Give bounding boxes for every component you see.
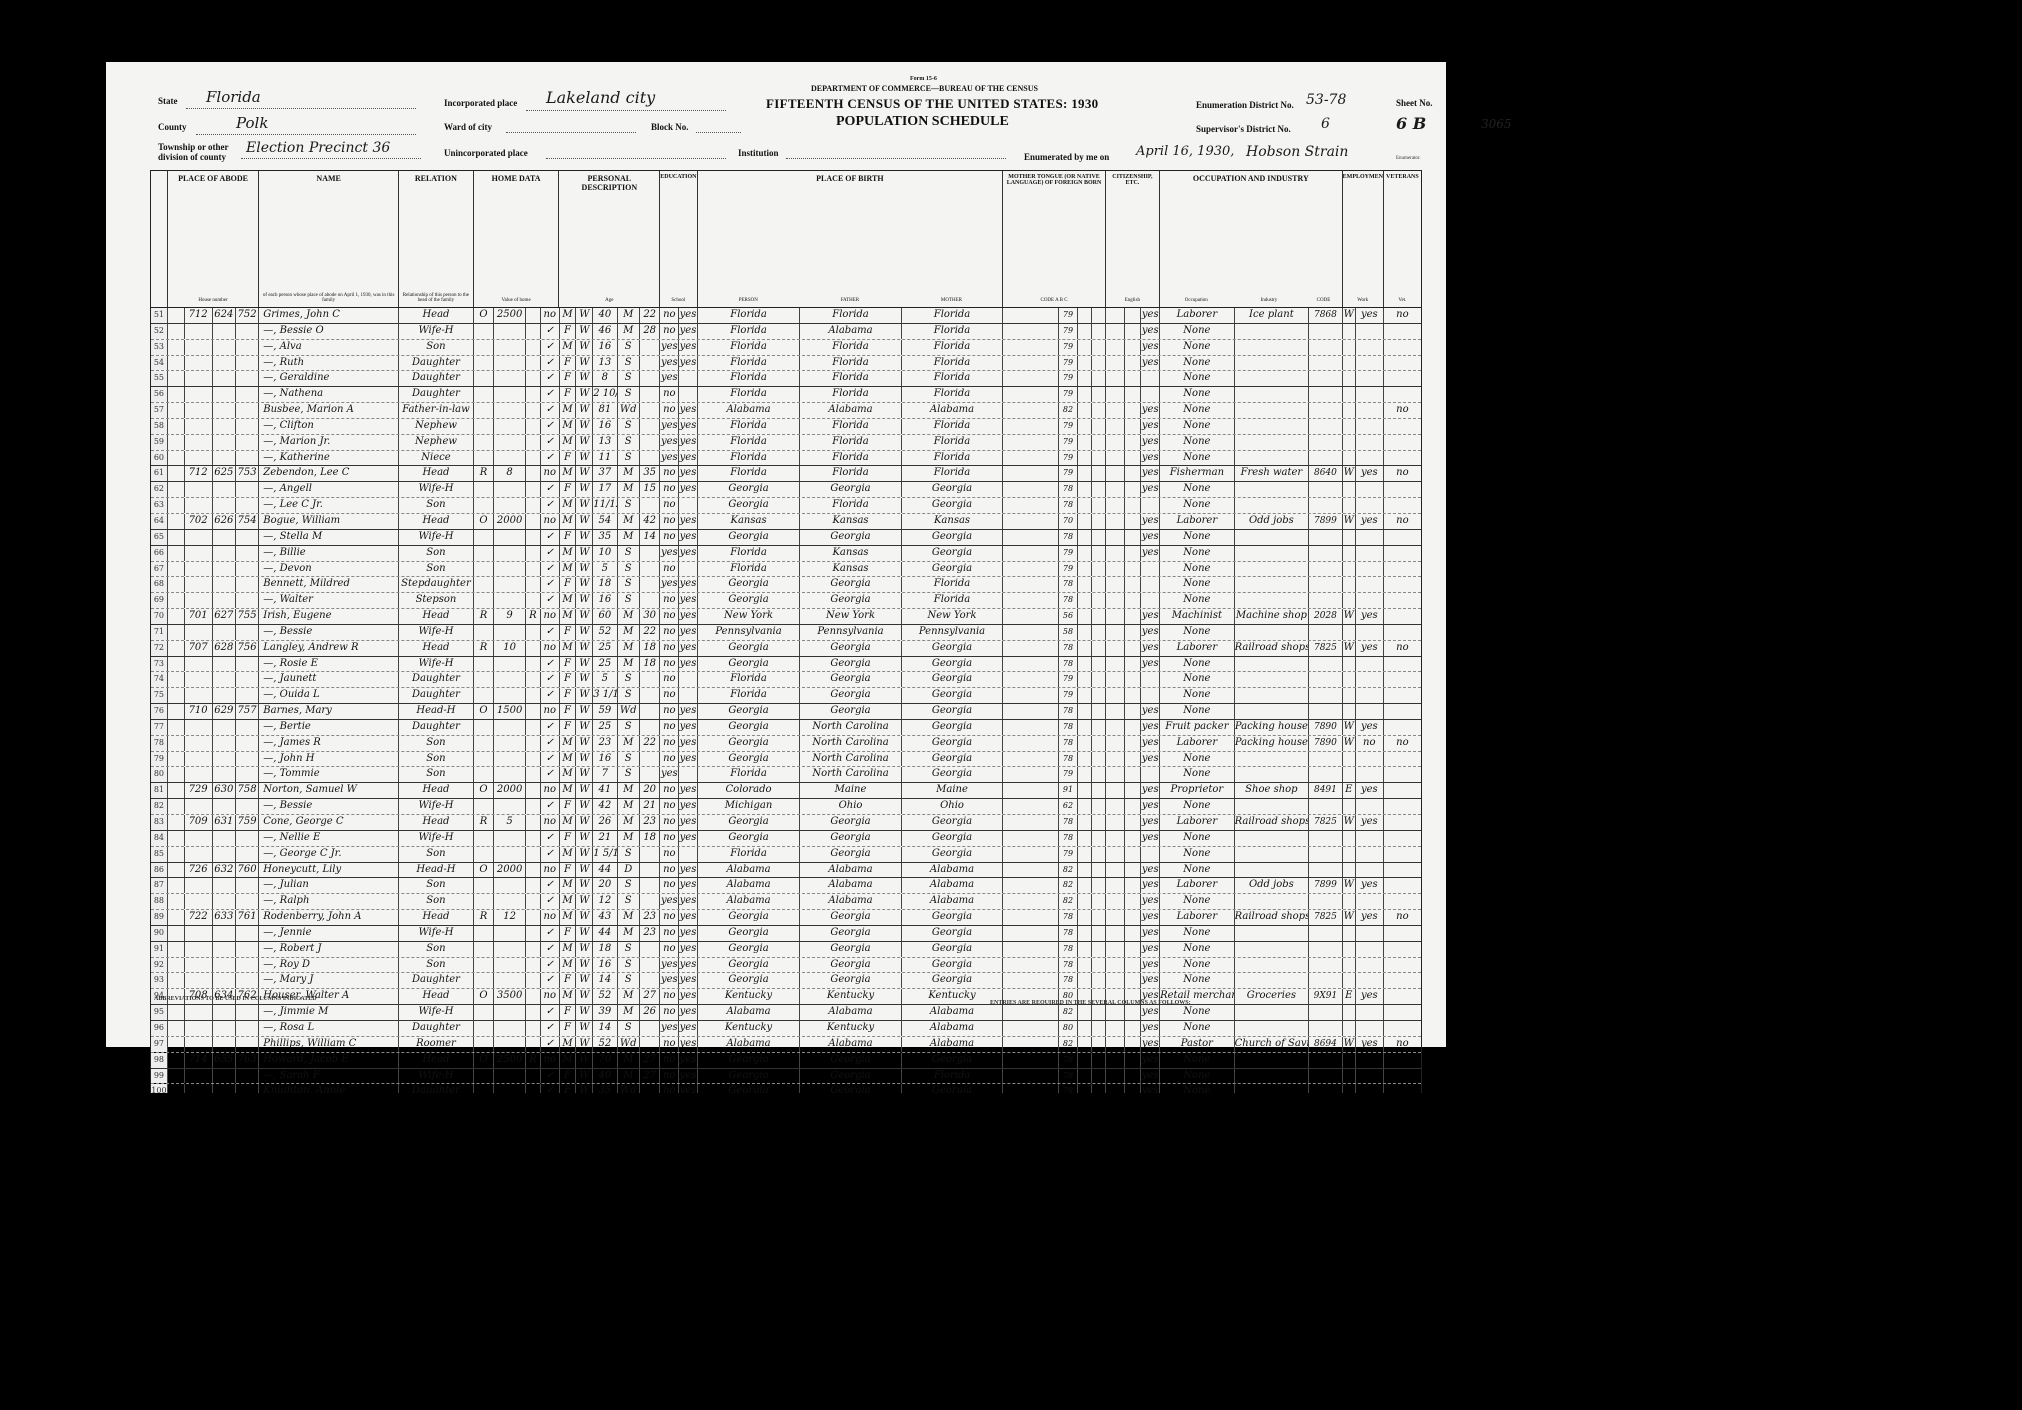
read-write: yes (679, 403, 698, 418)
relation: Stepson (399, 593, 474, 608)
home-value (494, 419, 526, 434)
code-c (1092, 387, 1106, 402)
family-number (236, 958, 259, 973)
house-number (185, 546, 213, 561)
street-cell (168, 530, 185, 545)
mother-birthplace: Georgia (902, 562, 1004, 577)
home-owned (474, 894, 495, 909)
table-row: 92 —, Roy D Son ✓ M W 16 S yes yes Georg… (151, 958, 1421, 974)
farm: ✓ (541, 498, 560, 513)
family-number (236, 657, 259, 672)
occupation-code (1309, 324, 1343, 339)
relation: Son (399, 894, 474, 909)
age: 11 (593, 451, 617, 466)
house-number (185, 340, 213, 355)
dwelling-number (213, 1084, 236, 1093)
mother-birthplace: Alabama (902, 878, 1004, 893)
line-number: 85 (151, 847, 168, 862)
state-label: State (158, 96, 178, 106)
mother-tongue (1003, 720, 1059, 735)
age: 52 (593, 625, 617, 640)
at-work (1356, 894, 1384, 909)
relation: Stepdaughter (399, 577, 474, 592)
sex: M (560, 942, 577, 957)
house-number (185, 688, 213, 703)
immigration-year (1106, 308, 1125, 323)
occupation-code (1309, 1084, 1343, 1093)
dwelling-number: 635 (213, 1053, 236, 1068)
family-number (236, 894, 259, 909)
person-name: —, Nathena (259, 387, 399, 402)
race: W (576, 783, 593, 798)
father-birthplace: Kansas (800, 562, 902, 577)
line-number: 99 (151, 1069, 168, 1084)
farm: ✓ (541, 482, 560, 497)
line-number: 82 (151, 799, 168, 814)
dwelling-number (213, 403, 236, 418)
age-first-marriage: 23 (640, 926, 661, 941)
age-first-marriage (640, 403, 661, 418)
immigration-year (1106, 736, 1125, 751)
marital: M (618, 1069, 640, 1084)
sex: F (560, 973, 577, 988)
occupation: None (1160, 926, 1235, 941)
house-number: 722 (185, 910, 213, 925)
at-work (1356, 1084, 1384, 1093)
at-work (1356, 672, 1384, 687)
person-name: —, Geraldine (259, 371, 399, 386)
worker-class (1343, 894, 1356, 909)
naturalization (1125, 704, 1142, 719)
veteran (1384, 435, 1421, 450)
age-first-marriage (640, 577, 661, 592)
marital: M (618, 815, 640, 830)
code-b (1078, 451, 1092, 466)
table-row: 74 —, Jaunett Daughter ✓ F W 5 S no Flor… (151, 672, 1421, 688)
age-first-marriage (640, 878, 661, 893)
father-birthplace: Georgia (800, 958, 902, 973)
industry (1235, 958, 1310, 973)
person-name: —, Roy D (259, 958, 399, 973)
age: 14 (593, 973, 617, 988)
occupation: None (1160, 371, 1235, 386)
street-cell (168, 1053, 185, 1068)
house-number (185, 562, 213, 577)
street-cell (168, 546, 185, 561)
birthplace: Michigan (698, 799, 800, 814)
family-number (236, 767, 259, 782)
radio (526, 1069, 541, 1084)
industry: Packing house (1235, 720, 1310, 735)
age-first-marriage: 23 (640, 815, 661, 830)
home-owned (474, 593, 495, 608)
code-a: 78 (1059, 498, 1078, 513)
speaks-english: yes (1141, 1084, 1160, 1093)
read-write: yes (679, 831, 698, 846)
school: no (660, 815, 679, 830)
at-work: yes (1356, 466, 1384, 481)
home-owned (474, 482, 495, 497)
speaks-english: yes (1141, 403, 1160, 418)
age-first-marriage (640, 863, 661, 878)
occupation: None (1160, 498, 1235, 513)
worker-class: W (1343, 308, 1356, 323)
code-b (1078, 736, 1092, 751)
code-b (1078, 799, 1092, 814)
occupation-code: 7825 (1309, 910, 1343, 925)
worker-class (1343, 356, 1356, 371)
mother-birthplace: Georgia (902, 736, 1004, 751)
farm: no (541, 910, 560, 925)
home-owned: R (474, 641, 495, 656)
family-number (236, 419, 259, 434)
person-name: —, Bessie O (259, 324, 399, 339)
family-number (236, 625, 259, 640)
home-value: 2500 (494, 308, 526, 323)
home-value: 2000 (494, 783, 526, 798)
mother-birthplace: Georgia (902, 1084, 1004, 1093)
occupation-code: 7868 (1309, 308, 1343, 323)
occupation: None (1160, 593, 1235, 608)
sex: M (560, 894, 577, 909)
read-write (679, 688, 698, 703)
code-c (1092, 593, 1106, 608)
immigration-year (1106, 878, 1125, 893)
mother-birthplace: Ohio (902, 799, 1004, 814)
family-number: 755 (236, 609, 259, 624)
house-number (185, 498, 213, 513)
census-sheet: 3065 State Florida County Polk Township … (106, 62, 1446, 1047)
father-birthplace: Georgia (800, 847, 902, 862)
at-work: yes (1356, 609, 1384, 624)
line-number: 54 (151, 356, 168, 371)
speaks-english (1141, 371, 1160, 386)
race: W (576, 435, 593, 450)
occupation: Laborer (1160, 308, 1235, 323)
col-group-citizenship: CITIZENSHIP, ETC.English (1106, 171, 1160, 307)
naturalization (1125, 530, 1142, 545)
worker-class (1343, 593, 1356, 608)
code-b (1078, 657, 1092, 672)
family-number (236, 482, 259, 497)
school: no (660, 910, 679, 925)
at-work (1356, 403, 1384, 418)
race: W (576, 562, 593, 577)
enumerator-name: Hobson Strain (1246, 144, 1348, 160)
county-value: Polk (236, 114, 268, 132)
family-number: 761 (236, 910, 259, 925)
age-first-marriage: 22 (640, 308, 661, 323)
veteran: no (1384, 514, 1421, 529)
father-birthplace: Georgia (800, 942, 902, 957)
house-number (185, 736, 213, 751)
birthplace: Florida (698, 387, 800, 402)
code-a: 82 (1059, 863, 1078, 878)
enumerator-label: Enumerator. (1396, 156, 1421, 161)
age-first-marriage (640, 973, 661, 988)
occupation: None (1160, 847, 1235, 862)
radio (526, 482, 541, 497)
code-b (1078, 688, 1092, 703)
at-work (1356, 356, 1384, 371)
family-number: 752 (236, 308, 259, 323)
code-b (1078, 546, 1092, 561)
line-number: 72 (151, 641, 168, 656)
mother-birthplace: Kansas (902, 514, 1004, 529)
at-work (1356, 324, 1384, 339)
street-cell (168, 672, 185, 687)
sheet-label: Sheet No. (1396, 98, 1433, 108)
relation: Daughter (399, 688, 474, 703)
col-group-employment: EMPLOYMENTWork (1343, 171, 1384, 307)
dwelling-number (213, 720, 236, 735)
race: W (576, 910, 593, 925)
farm: ✓ (541, 387, 560, 402)
code-c (1092, 752, 1106, 767)
radio (526, 847, 541, 862)
street-cell (168, 1084, 185, 1093)
age: 23 (593, 736, 617, 751)
occupation-code (1309, 435, 1343, 450)
race: W (576, 340, 593, 355)
industry (1235, 546, 1310, 561)
marital: M (618, 466, 640, 481)
occupation-code (1309, 657, 1343, 672)
occupation: None (1160, 767, 1235, 782)
sex: F (560, 324, 577, 339)
house-number (185, 451, 213, 466)
worker-class: W (1343, 466, 1356, 481)
birthplace: Colorado (698, 783, 800, 798)
naturalization (1125, 340, 1142, 355)
code-b (1078, 577, 1092, 592)
house-number (185, 894, 213, 909)
line-number: 75 (151, 688, 168, 703)
veteran (1384, 609, 1421, 624)
family-number: 757 (236, 704, 259, 719)
speaks-english: yes (1141, 340, 1160, 355)
street-cell (168, 577, 185, 592)
at-work: yes (1356, 514, 1384, 529)
industry (1235, 672, 1310, 687)
col-group-mother-tongue: MOTHER TONGUE (OR NATIVE LANGUAGE) OF FO… (1003, 171, 1106, 307)
home-owned (474, 435, 495, 450)
house-number (185, 356, 213, 371)
home-owned (474, 878, 495, 893)
home-value (494, 958, 526, 973)
age-first-marriage: 15 (640, 482, 661, 497)
occupation-code: 7899 (1309, 878, 1343, 893)
age: 40 (593, 308, 617, 323)
read-write: yes (679, 514, 698, 529)
farm: ✓ (541, 942, 560, 957)
race: W (576, 498, 593, 513)
radio (526, 435, 541, 450)
naturalization (1125, 577, 1142, 592)
read-write: yes (679, 308, 698, 323)
naturalization (1125, 482, 1142, 497)
code-c (1092, 878, 1106, 893)
birthplace: Georgia (698, 530, 800, 545)
marital: M (618, 783, 640, 798)
mother-tongue (1003, 609, 1059, 624)
line-number: 92 (151, 958, 168, 973)
industry (1235, 688, 1310, 703)
worker-class (1343, 831, 1356, 846)
code-c (1092, 1069, 1106, 1084)
farm: ✓ (541, 688, 560, 703)
age: 1 5/12 (593, 847, 617, 862)
table-row: 66 —, Billie Son ✓ M W 10 S yes yes Flor… (151, 546, 1421, 562)
code-c (1092, 625, 1106, 640)
school: no (660, 926, 679, 941)
sex: F (560, 657, 577, 672)
home-value: 2000 (494, 863, 526, 878)
naturalization (1125, 799, 1142, 814)
street-cell (168, 815, 185, 830)
birthplace: Florida (698, 340, 800, 355)
sex: F (560, 863, 577, 878)
mother-tongue (1003, 926, 1059, 941)
family-number: 756 (236, 641, 259, 656)
dwelling-number (213, 672, 236, 687)
code-b (1078, 831, 1092, 846)
veteran (1384, 482, 1421, 497)
code-c (1092, 308, 1106, 323)
occupation: Laborer (1160, 815, 1235, 830)
line-number: 81 (151, 783, 168, 798)
code-a: 78 (1059, 942, 1078, 957)
veteran (1384, 356, 1421, 371)
father-birthplace: Georgia (800, 530, 902, 545)
family-number: 758 (236, 783, 259, 798)
school: no (660, 688, 679, 703)
dwelling-number (213, 688, 236, 703)
relation: Wife-H (399, 530, 474, 545)
immigration-year (1106, 958, 1125, 973)
occupation: None (1160, 324, 1235, 339)
occupation-code (1309, 688, 1343, 703)
birthplace: Georgia (698, 752, 800, 767)
home-value (494, 831, 526, 846)
occupation: None (1160, 387, 1235, 402)
age: 41 (593, 783, 617, 798)
table-row: 79 —, John H Son ✓ M W 16 S no yes Georg… (151, 752, 1421, 768)
code-b (1078, 482, 1092, 497)
naturalization (1125, 387, 1142, 402)
read-write: yes (679, 435, 698, 450)
line-number: 59 (151, 435, 168, 450)
code-a: 78 (1059, 973, 1078, 988)
at-work: yes (1356, 641, 1384, 656)
marital: S (618, 435, 640, 450)
line-number: 98 (151, 1053, 168, 1068)
race: W (576, 688, 593, 703)
dwelling-number (213, 482, 236, 497)
table-row: 55 —, Geraldine Daughter ✓ F W 8 S yes F… (151, 371, 1421, 387)
radio (526, 942, 541, 957)
table-row: 65 —, Stella M Wife-H ✓ F W 35 M 14 no y… (151, 530, 1421, 546)
dwelling-number (213, 435, 236, 450)
father-birthplace: Florida (800, 371, 902, 386)
naturalization (1125, 831, 1142, 846)
relation: Head (399, 641, 474, 656)
birthplace: Georgia (698, 657, 800, 672)
read-write: yes (679, 356, 698, 371)
immigration-year (1106, 625, 1125, 640)
age: 16 (593, 340, 617, 355)
code-b (1078, 783, 1092, 798)
house-number (185, 973, 213, 988)
age: 3 1/12 (593, 688, 617, 703)
line-number: 69 (151, 593, 168, 608)
naturalization (1125, 371, 1142, 386)
house-number (185, 482, 213, 497)
occupation: None (1160, 958, 1235, 973)
school: no (660, 324, 679, 339)
veteran (1384, 324, 1421, 339)
radio (526, 641, 541, 656)
mother-tongue (1003, 387, 1059, 402)
street-cell (168, 482, 185, 497)
school: no (660, 466, 679, 481)
occupation-code (1309, 482, 1343, 497)
table-row: 56 —, Nathena Daughter ✓ F W 2 10/12 S n… (151, 387, 1421, 403)
table-row: 64 702 626 754 Bogue, William Head O 200… (151, 514, 1421, 530)
read-write: yes (679, 799, 698, 814)
speaks-english (1141, 672, 1160, 687)
worker-class: W (1343, 910, 1356, 925)
mother-birthplace: Alabama (902, 894, 1004, 909)
code-c (1092, 831, 1106, 846)
line-number: 90 (151, 926, 168, 941)
read-write: yes (679, 752, 698, 767)
person-name: —, Katherine (259, 451, 399, 466)
col-group-name: NAMEof each person whose place of abode … (259, 171, 399, 307)
marital: M (618, 831, 640, 846)
mother-birthplace: Florida (902, 356, 1004, 371)
home-owned: R (474, 815, 495, 830)
at-work (1356, 1053, 1384, 1068)
dwelling-number: 632 (213, 863, 236, 878)
marital: S (618, 752, 640, 767)
family-number (236, 878, 259, 893)
naturalization (1125, 403, 1142, 418)
veteran: no (1384, 910, 1421, 925)
street-cell (168, 419, 185, 434)
farm: ✓ (541, 435, 560, 450)
race: W (576, 1069, 593, 1084)
age: 42 (593, 799, 617, 814)
mother-birthplace: Florida (902, 340, 1004, 355)
col-group-veterans: VETERANSVet. (1384, 171, 1421, 307)
speaks-english: yes (1141, 799, 1160, 814)
mother-birthplace: Georgia (902, 530, 1004, 545)
speaks-english: yes (1141, 514, 1160, 529)
read-write: yes (679, 593, 698, 608)
table-row: 72 707 628 756 Langley, Andrew R Head R … (151, 641, 1421, 657)
industry (1235, 419, 1310, 434)
mother-birthplace: Georgia (902, 1053, 1004, 1068)
occupation-code (1309, 451, 1343, 466)
code-c (1092, 435, 1106, 450)
radio (526, 387, 541, 402)
home-owned: O (474, 783, 495, 798)
birthplace: Florida (698, 371, 800, 386)
col-group-relation: RELATIONRelationship of this person to t… (399, 171, 474, 307)
industry (1235, 894, 1310, 909)
street-cell (168, 641, 185, 656)
